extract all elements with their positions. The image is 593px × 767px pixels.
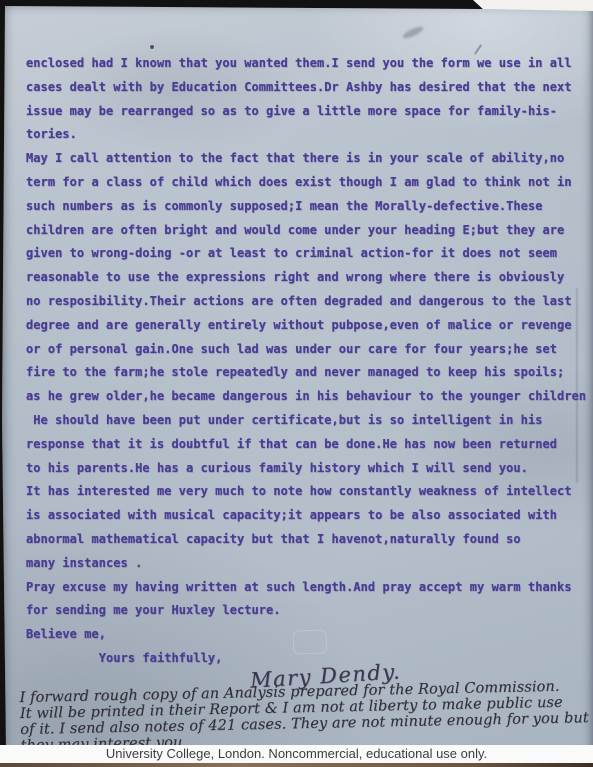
letter-scan-photo: enclosed had I known that you wanted the… [0,0,593,767]
caption-text: University College, London. Noncommercia… [106,746,487,761]
typed-letter-body: enclosed had I known that you wanted the… [26,52,586,671]
ink-dot-mark [150,45,154,49]
caption-bar: University College, London. Noncommercia… [0,745,593,763]
handwritten-postscript: I forward rough copy of an Analysis prep… [19,678,593,754]
photo-bottom-edge [0,763,593,767]
